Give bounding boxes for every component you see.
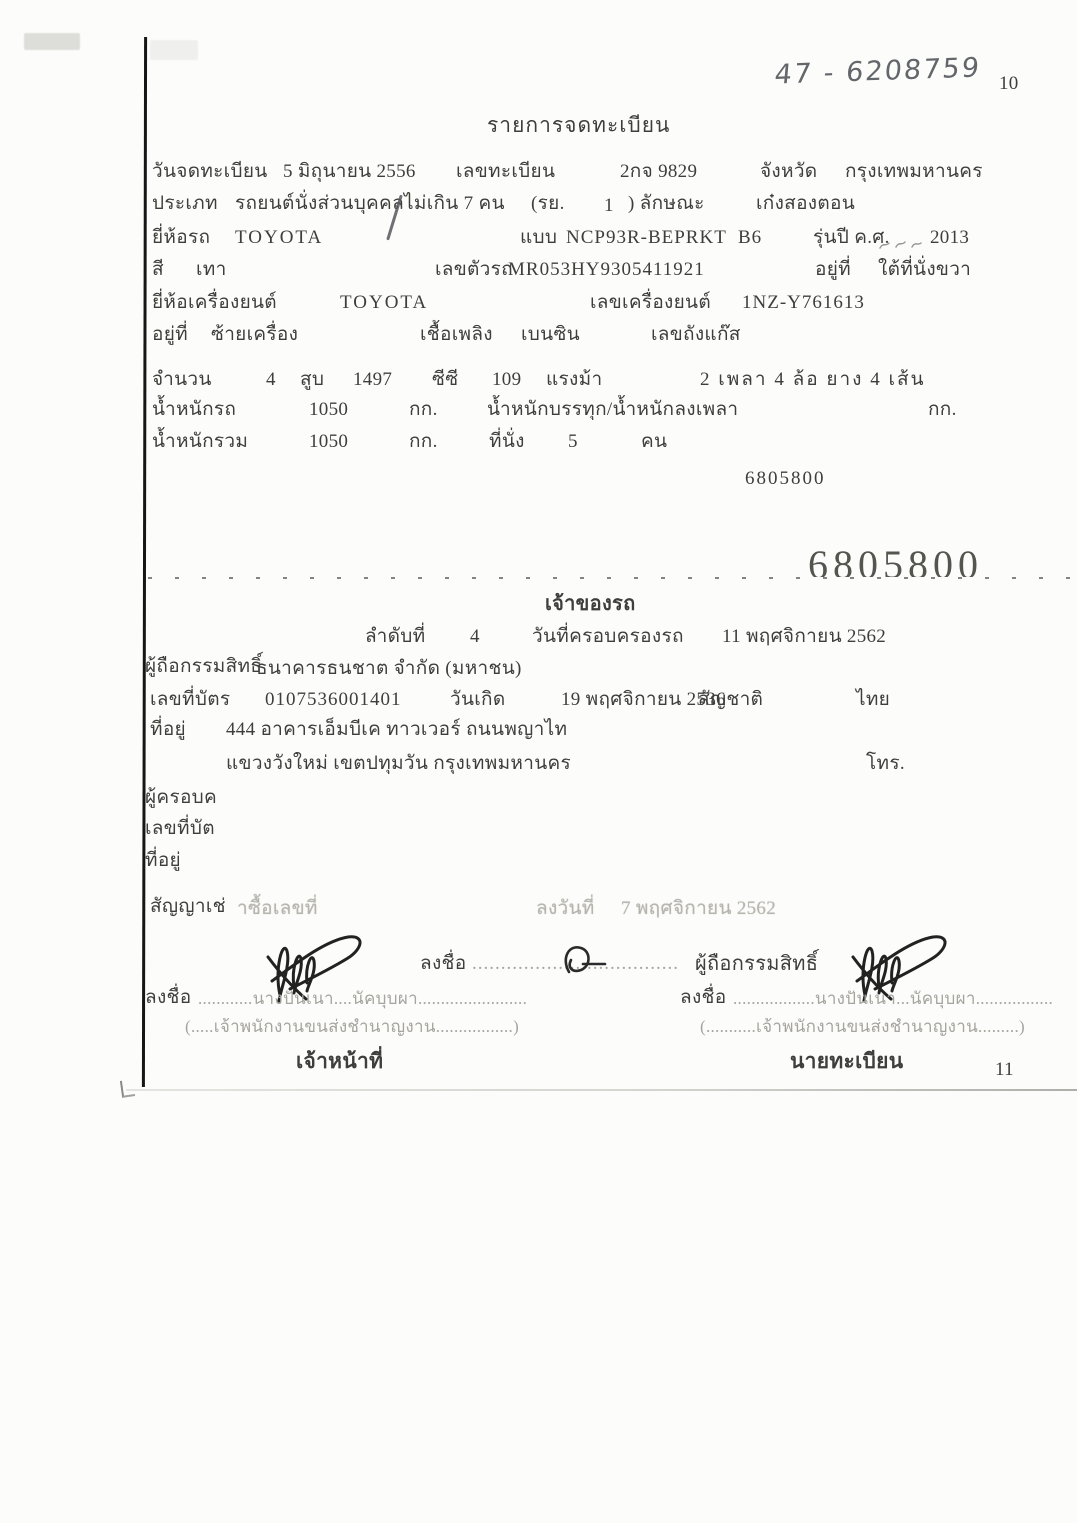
- ry-close-characteristic-label: ) ลักษณะ: [628, 192, 705, 216]
- signer-position-left: (.....เจ้าพนักงานขนส่งชำนาญงาน..........…: [185, 1016, 519, 1037]
- signer-name-left: ............นางปันเนา....นัคบุบผา.......…: [198, 988, 527, 1009]
- signer-name-right: ..................นางปันเนา...นัคบุบผา..…: [733, 988, 1053, 1009]
- kg-unit-1: กก.: [409, 398, 438, 422]
- sign-label-right: ลงชื่อ: [680, 986, 726, 1010]
- brand-value: TOYOTA: [235, 226, 323, 250]
- sequence-value: 4: [470, 625, 480, 649]
- engine-no-label: เลขเครื่องยนต์: [590, 291, 711, 315]
- color-value: เทา: [196, 258, 227, 282]
- gross-weight-value: 1050: [309, 430, 348, 454]
- card-number-label: เลขที่บัตร: [150, 688, 230, 712]
- address-line-1: 444 อาคารเอ็มบีเค ทาวเวอร์ ถนนพญาไท: [226, 718, 567, 742]
- ry-open: (รย.: [531, 192, 565, 216]
- possessor-address-label: ที่อยู่: [145, 849, 181, 873]
- province-label: จังหวัด: [760, 160, 817, 184]
- hp-unit: แรงม้า: [546, 368, 602, 392]
- cc-unit: ซีซี: [432, 368, 458, 392]
- owner-section-title: เจ้าของรถ: [545, 592, 636, 617]
- birth-date-label: วันเกิด: [450, 688, 506, 712]
- nationality-value: ไทย: [856, 688, 890, 712]
- engine-brand-label: ยี่ห้อเครื่องยนต์: [152, 291, 277, 315]
- vehicle-weight-label: น้ำหนักรถ: [152, 398, 236, 422]
- type-value: รถยนต์นั่งส่วนบุคคลไม่เกิน 7 คน: [235, 192, 505, 216]
- page-number-top: 10: [999, 72, 1019, 96]
- body-style-value: เก๋งสองตอน: [756, 192, 855, 216]
- seat-count: 5: [568, 430, 578, 454]
- dotted-separator: [148, 577, 1077, 579]
- address-line-2: แขวงวังใหม่ เขตปทุมวัน กรุงเทพมหานคร: [226, 752, 571, 776]
- address-label: ที่อยู่: [150, 718, 186, 742]
- registrar-title: นายทะเบียน: [790, 1048, 903, 1074]
- fuel-value: เบนซิน: [521, 323, 580, 347]
- sign-label-center: ลงชื่อ: [420, 952, 466, 976]
- code-number-small: 6805800: [745, 467, 826, 491]
- officer-title: เจ้าหน้าที่: [296, 1048, 383, 1074]
- document-page: 47 - 6208759 10 รายการจดทะเบียน วันจดทะเ…: [0, 0, 1077, 1523]
- lease-contract-no-label: าซื้อเลขที่: [237, 897, 318, 921]
- seat-label: ที่นั่ง: [489, 430, 525, 454]
- seat-unit: คน: [641, 430, 667, 454]
- possessor-card-label: เลขที่บัต: [145, 817, 215, 841]
- reg-date-value: 5 มิถุนายน 2556: [283, 160, 416, 184]
- load-weight-label: น้ำหนักบรรทุก/น้ำหนักลงเพลา: [487, 398, 738, 422]
- code-number-large: 6805800: [808, 544, 983, 577]
- handwritten-reference: 47 - 6208759: [773, 51, 982, 92]
- telephone-label: โทร.: [866, 752, 905, 776]
- plate-label: เลขทะเบียน: [456, 160, 555, 184]
- axle-wheel-tyre-text: 2 เพลา 4 ล้อ ยาง 4 เส้น: [700, 368, 926, 392]
- card-number-value: 0107536001401: [265, 688, 402, 712]
- lease-contract-label: สัญญาเช่: [150, 895, 226, 919]
- year-value: 2013: [930, 226, 969, 250]
- cylinder-unit: สูบ: [300, 368, 324, 392]
- model-label: แบบ: [520, 226, 557, 250]
- gross-weight-label: น้ำหนักรวม: [152, 430, 248, 454]
- possession-date-value: 11 พฤศจิกายน 2562: [722, 625, 886, 649]
- type-label: ประเภท: [152, 192, 218, 216]
- vehicle-weight-value: 1050: [309, 398, 348, 422]
- engine-no-value: 1NZ-Y761613: [742, 291, 865, 315]
- holder-label: ผู้ถือกรรมสิทธิ์: [145, 655, 262, 679]
- signer-position-right: (...........เจ้าพนักงานขนส่งชำนาญงาน....…: [700, 1016, 1025, 1037]
- province-value: กรุงเทพมหานคร: [845, 160, 983, 184]
- engine-location-value: ซ้ายเครื่อง: [211, 323, 298, 347]
- color-label: สี: [152, 258, 164, 282]
- lease-date-value: 7 พฤศจิกายน 2562: [621, 897, 776, 921]
- ry-value: 1: [604, 194, 614, 218]
- reg-date-label: วันจดทะเบียน: [152, 160, 268, 184]
- chassis-location-label: อยู่ที่: [815, 258, 851, 282]
- scan-artifact: [24, 33, 80, 50]
- sequence-label: ลำดับที่: [365, 625, 425, 649]
- model-value: NCP93R-BEPRKT B6: [566, 226, 762, 250]
- hp-value: 109: [492, 368, 521, 392]
- signature-scribble-center: [553, 938, 613, 978]
- engine-location-label: อยู่ที่: [152, 323, 188, 347]
- chassis-label: เลขตัวรถ: [435, 258, 513, 282]
- nationality-label: สัญชาติ: [698, 688, 763, 712]
- chassis-value: MR053HY9305411921: [508, 258, 705, 282]
- page-number-bottom: 11: [995, 1058, 1014, 1082]
- plate-value: 2กจ 9829: [620, 160, 697, 184]
- gas-tank-label: เลขถังแก๊ส: [651, 323, 741, 347]
- scan-bottom-edge: [126, 1089, 1077, 1091]
- holder-value: ธนาคารธนชาต จำกัด (มหาชน): [256, 657, 522, 681]
- page-title: รายการจดทะเบียน: [487, 112, 670, 138]
- lease-date-label: ลงวันที่: [536, 897, 595, 921]
- engine-brand-value: TOYOTA: [340, 291, 428, 315]
- cylinder-label: จำนวน: [152, 368, 212, 392]
- possessor-label: ผู้ครอบค: [145, 786, 217, 810]
- cylinder-count: 4: [266, 368, 276, 392]
- holder-signature-title: ผู้ถือกรรมสิทธิ์: [695, 952, 818, 977]
- scan-artifact: [150, 40, 198, 60]
- fuel-label: เชื้อเพลิง: [420, 323, 493, 347]
- cc-value: 1497: [353, 368, 392, 392]
- scan-edge-line: [142, 37, 147, 1087]
- kg-unit-2: กก.: [928, 398, 957, 422]
- sign-label-left: ลงชื่อ: [145, 986, 191, 1010]
- chassis-location-value: ใต้ที่นั่งขวา: [878, 258, 971, 282]
- kg-unit-3: กก.: [409, 430, 438, 454]
- possession-date-label: วันที่ครอบครองรถ: [532, 625, 684, 649]
- tiny-handwriting-mark: [876, 238, 924, 252]
- brand-label: ยี่ห้อรถ: [152, 226, 210, 250]
